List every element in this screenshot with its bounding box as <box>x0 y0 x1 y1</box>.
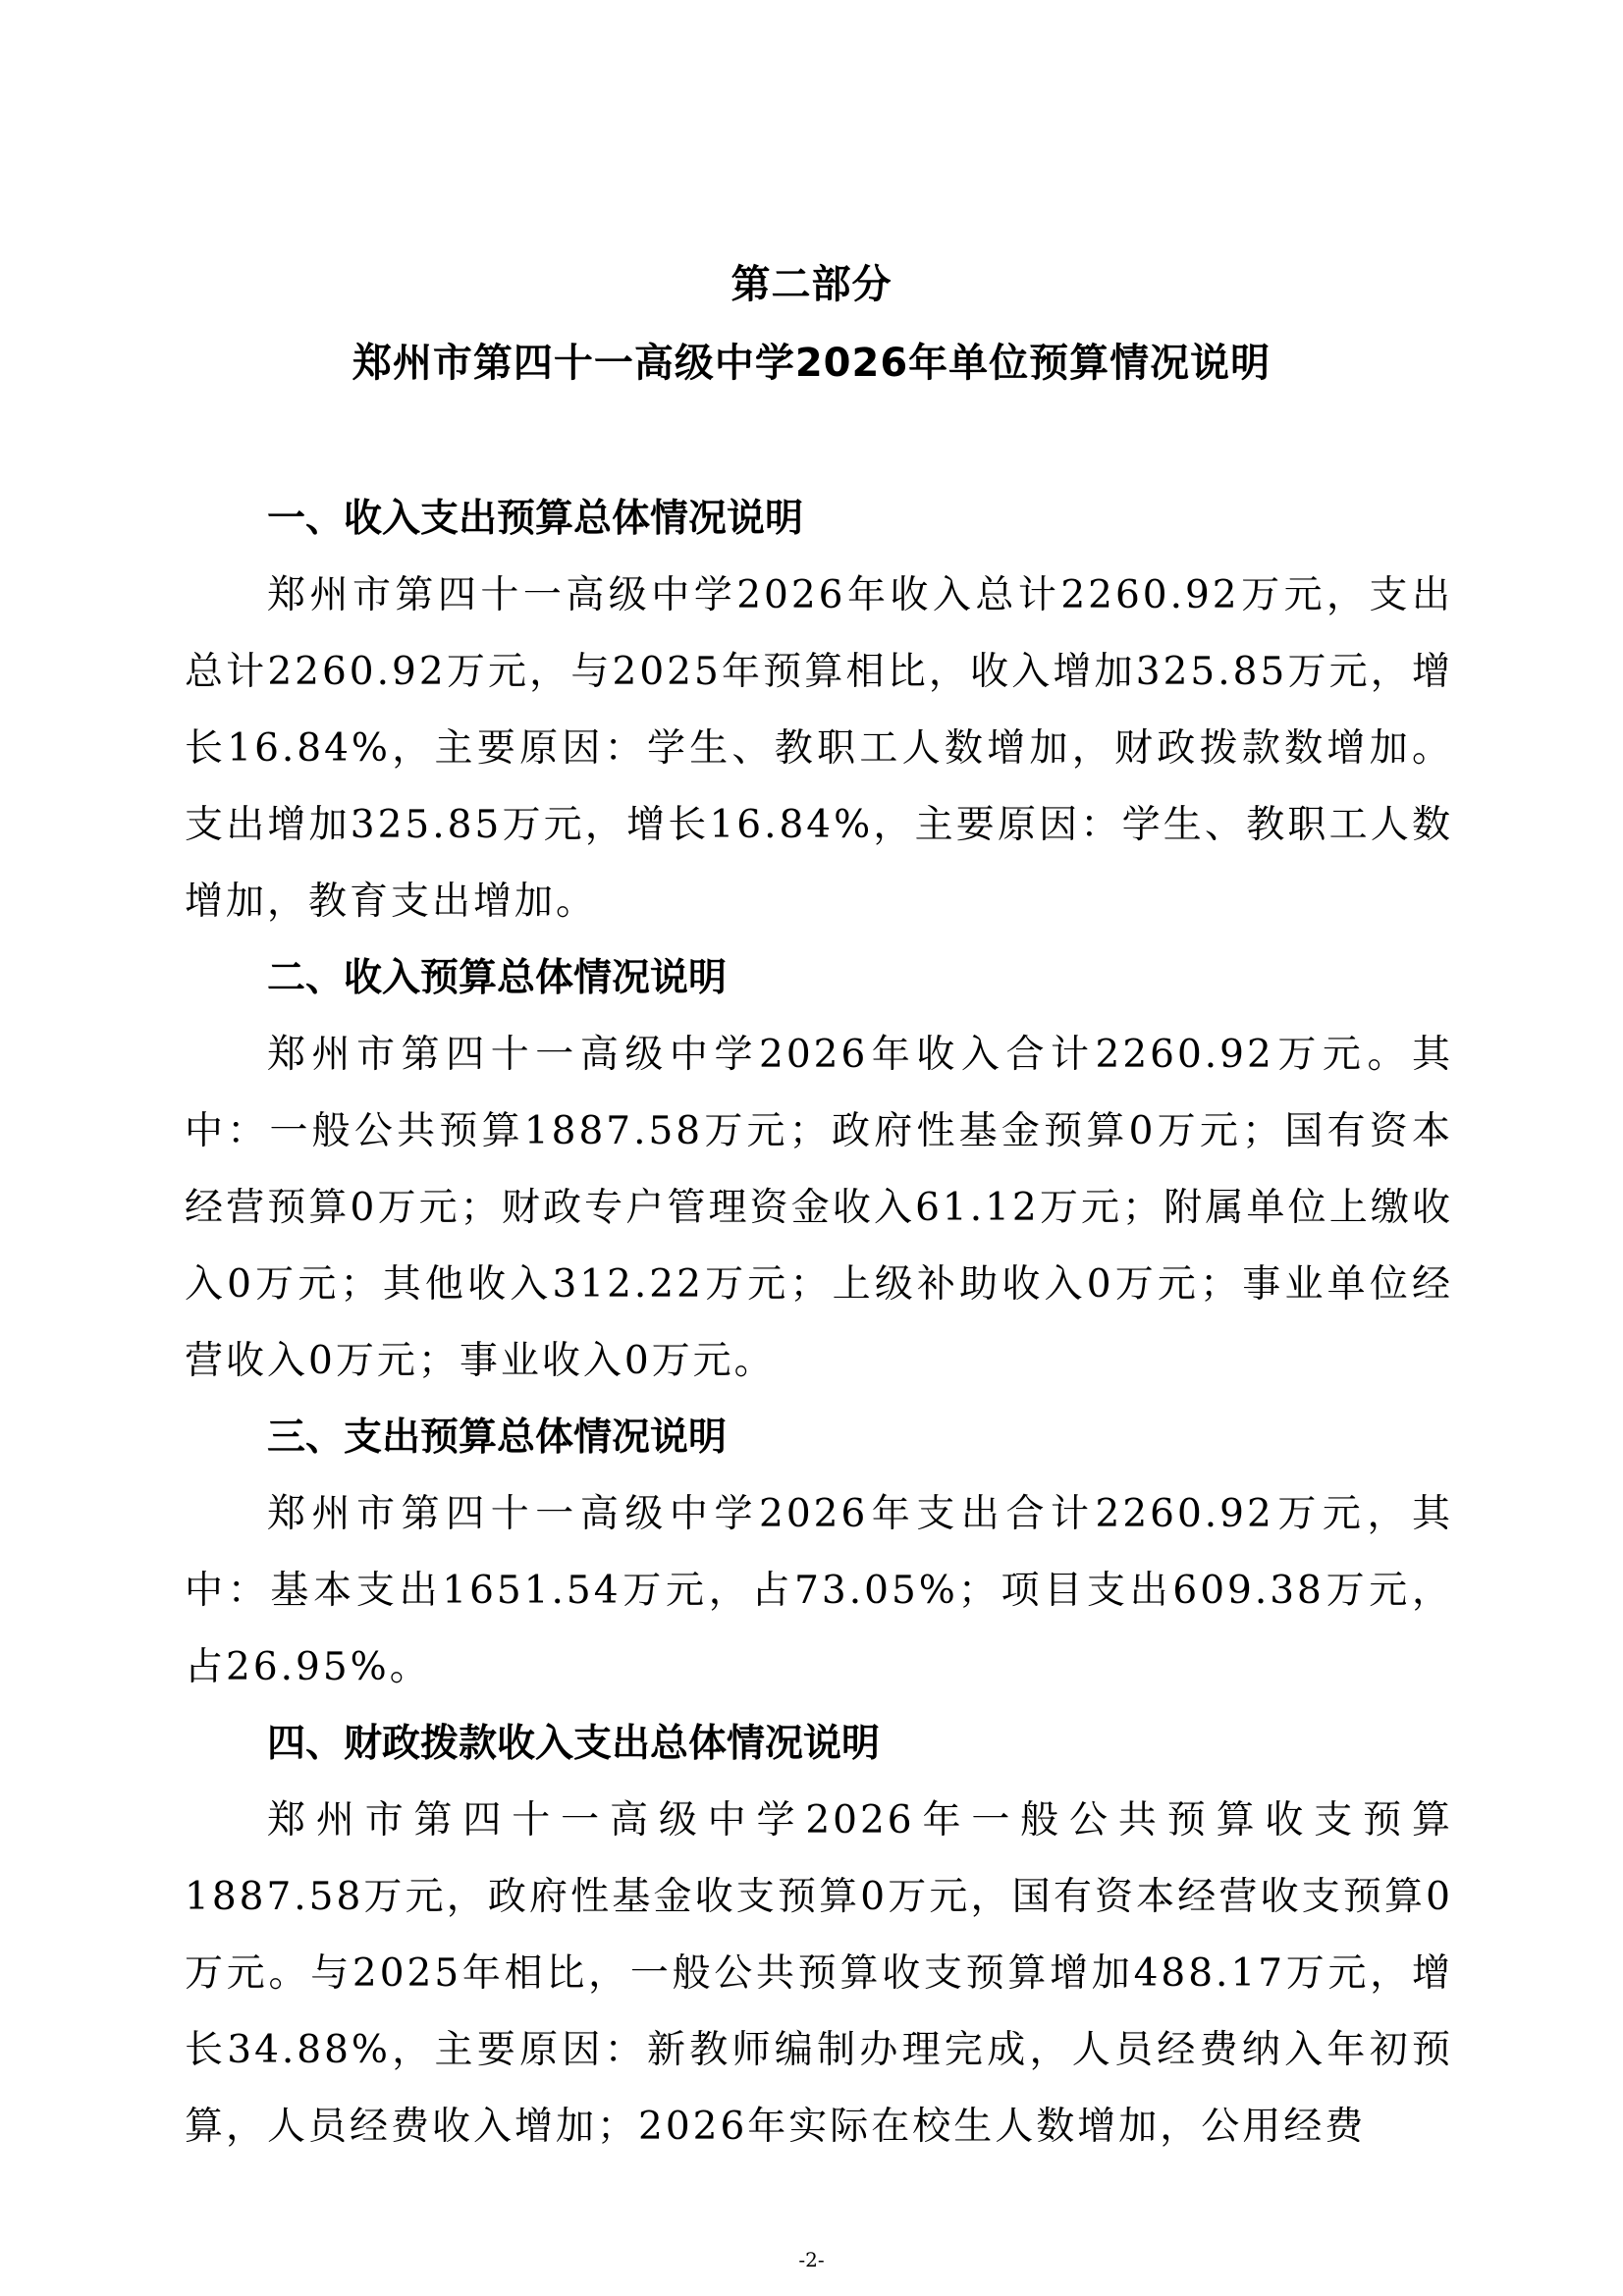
document-page: 第二部分 郑州市第四十一高级中学2026年单位预算情况说明 一、收入支出预算总体… <box>0 0 1623 2296</box>
section-body-4: 郑州市第四十一高级中学2026年一般公共预算收支预算1887.58万元，政府性基… <box>185 1783 1453 2165</box>
page-number: -2- <box>0 2248 1623 2271</box>
section-body-2: 郑州市第四十一高级中学2026年收入合计2260.92万元。其中：一般公共预算1… <box>185 1017 1453 1400</box>
document-body: 一、收入支出预算总体情况说明 郑州市第四十一高级中学2026年收入总计2260.… <box>185 481 1453 2165</box>
section-body-3: 郑州市第四十一高级中学2026年支出合计2260.92万元，其中：基本支出165… <box>185 1476 1453 1706</box>
section-heading-3: 三、支出预算总体情况说明 <box>185 1400 1453 1476</box>
section-heading-2: 二、收入预算总体情况说明 <box>185 940 1453 1017</box>
section-heading-1: 一、收入支出预算总体情况说明 <box>185 481 1453 558</box>
main-title: 郑州市第四十一高级中学2026年单位预算情况说明 <box>0 332 1623 388</box>
section-heading-4: 四、财政拨款收入支出总体情况说明 <box>185 1706 1453 1783</box>
part-title: 第二部分 <box>0 253 1623 309</box>
section-body-1: 郑州市第四十一高级中学2026年收入总计2260.92万元，支出总计2260.9… <box>185 558 1453 940</box>
